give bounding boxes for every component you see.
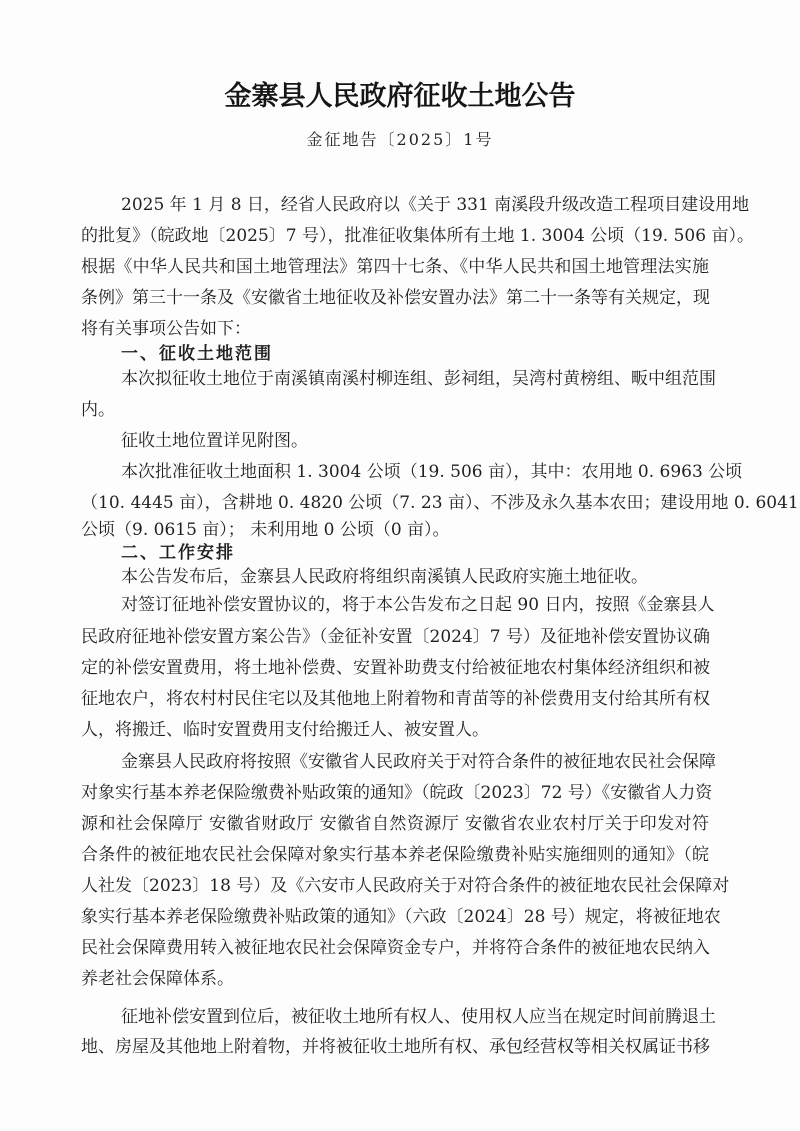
paragraph-line: 将有关事项公告如下： [81,316,251,342]
paragraph-line: 象实行基本养老保险缴费补贴政策的通知》（六政〔2024〕28 号）规定，将被征地… [81,904,709,930]
paragraph-line: 征地农户，将农村村民住宅以及其他地上附着物和青苗等的补偿费用支付给其所有权 [81,686,709,712]
paragraph-first-line: 金寨县人民政府将按照《安徽省人民政府关于对符合条件的被征地农民社会保障 [121,749,709,775]
paragraph-first-line: 2025 年 1 月 8 日，经省人民政府以《关于 331 南溪段升级改造工程项… [121,192,709,218]
paragraph-line: 养老社会保障体系。 [81,966,234,992]
paragraph-line: 定的补偿安置费用，将土地补偿费、安置补助费支付给被征地农村集体经济组织和被 [81,655,709,681]
document-title: 金寨县人民政府征收土地公告 [0,78,800,116]
paragraph-first-line: 本公告发布后，金寨县人民政府将组织南溪镇人民政府实施土地征收。 [121,564,648,590]
paragraph-first-line: 对签订征地补偿安置协议的，将于本公告发布之日起 90 日内，按照《金寨县人 [121,592,709,618]
paragraph-line: 条例》第三十一条及《安徽省土地征收及补偿安置办法》第二十一条等有关规定，现 [81,285,709,311]
paragraph-line: 对象实行基本养老保险缴费补贴政策的通知》（皖政〔2023〕72 号）《安徽省人力… [81,780,709,806]
paragraph-line: 源和社会保障厅 安徽省财政厅 安徽省自然资源厅 安徽省农业农村厅关于印发对符 [81,811,709,837]
paragraph-line: 地、房屋及其他地上附着物，并将被征收土地所有权、承包经营权等相关权属证书移 [81,1034,709,1060]
paragraph-first-line: 征收土地位置详见附图。 [121,428,308,454]
paragraph-line: 合条件的被征地农民社会保障对象实行基本养老保险缴费补贴实施细则的通知》（皖 [81,842,709,868]
section-heading: 二、工作安排 [121,540,235,566]
section-heading: 一、征收土地范围 [121,341,273,367]
paragraph-line: 的批复》（皖政地〔2025〕7 号），批准征收集体所有土地 1. 3004 公顷… [81,223,709,249]
paragraph-first-line: 征地补偿安置到位后，被征收土地所有权人、使用权人应当在规定时间前腾退土 [121,1004,709,1030]
paragraph-line: 根据《中华人民共和国土地管理法》第四十七条、《中华人民共和国土地管理法实施 [81,254,709,280]
document-page: 金寨县人民政府征收土地公告 金征地告〔2025〕1号 2025 年 1 月 8 … [0,0,800,1131]
paragraph-line: 人社发〔2023〕18 号）及《六安市人民政府关于对符合条件的被征地农民社会保障… [81,873,709,899]
paragraph-line: 民社会保障费用转入被征地农民社会保障资金专户，并将符合条件的被征地农民纳入 [81,935,709,961]
paragraph-line: 内。 [81,397,115,423]
paragraph-line: 人，将搬迁、临时安置费用支付给搬迁人、被安置人。 [81,717,489,743]
paragraph-line: 民政府征地补偿安置方案公告》（金征补安置〔2024〕7 号）及征地补偿安置协议确 [81,624,709,650]
paragraph-first-line: 本次批准征收土地面积 1. 3004 公顷（19. 506 亩），其中：农用地 … [121,459,709,485]
document-number: 金征地告〔2025〕1号 [0,128,800,152]
paragraph-line: （10. 4445 亩），含耕地 0. 4820 公顷（7. 23 亩）、不涉及… [81,490,709,516]
paragraph-first-line: 本次拟征收土地位于南溪镇南溪村柳连组、彭祠组，吴湾村黄榜组、畈中组范围 [121,366,709,392]
